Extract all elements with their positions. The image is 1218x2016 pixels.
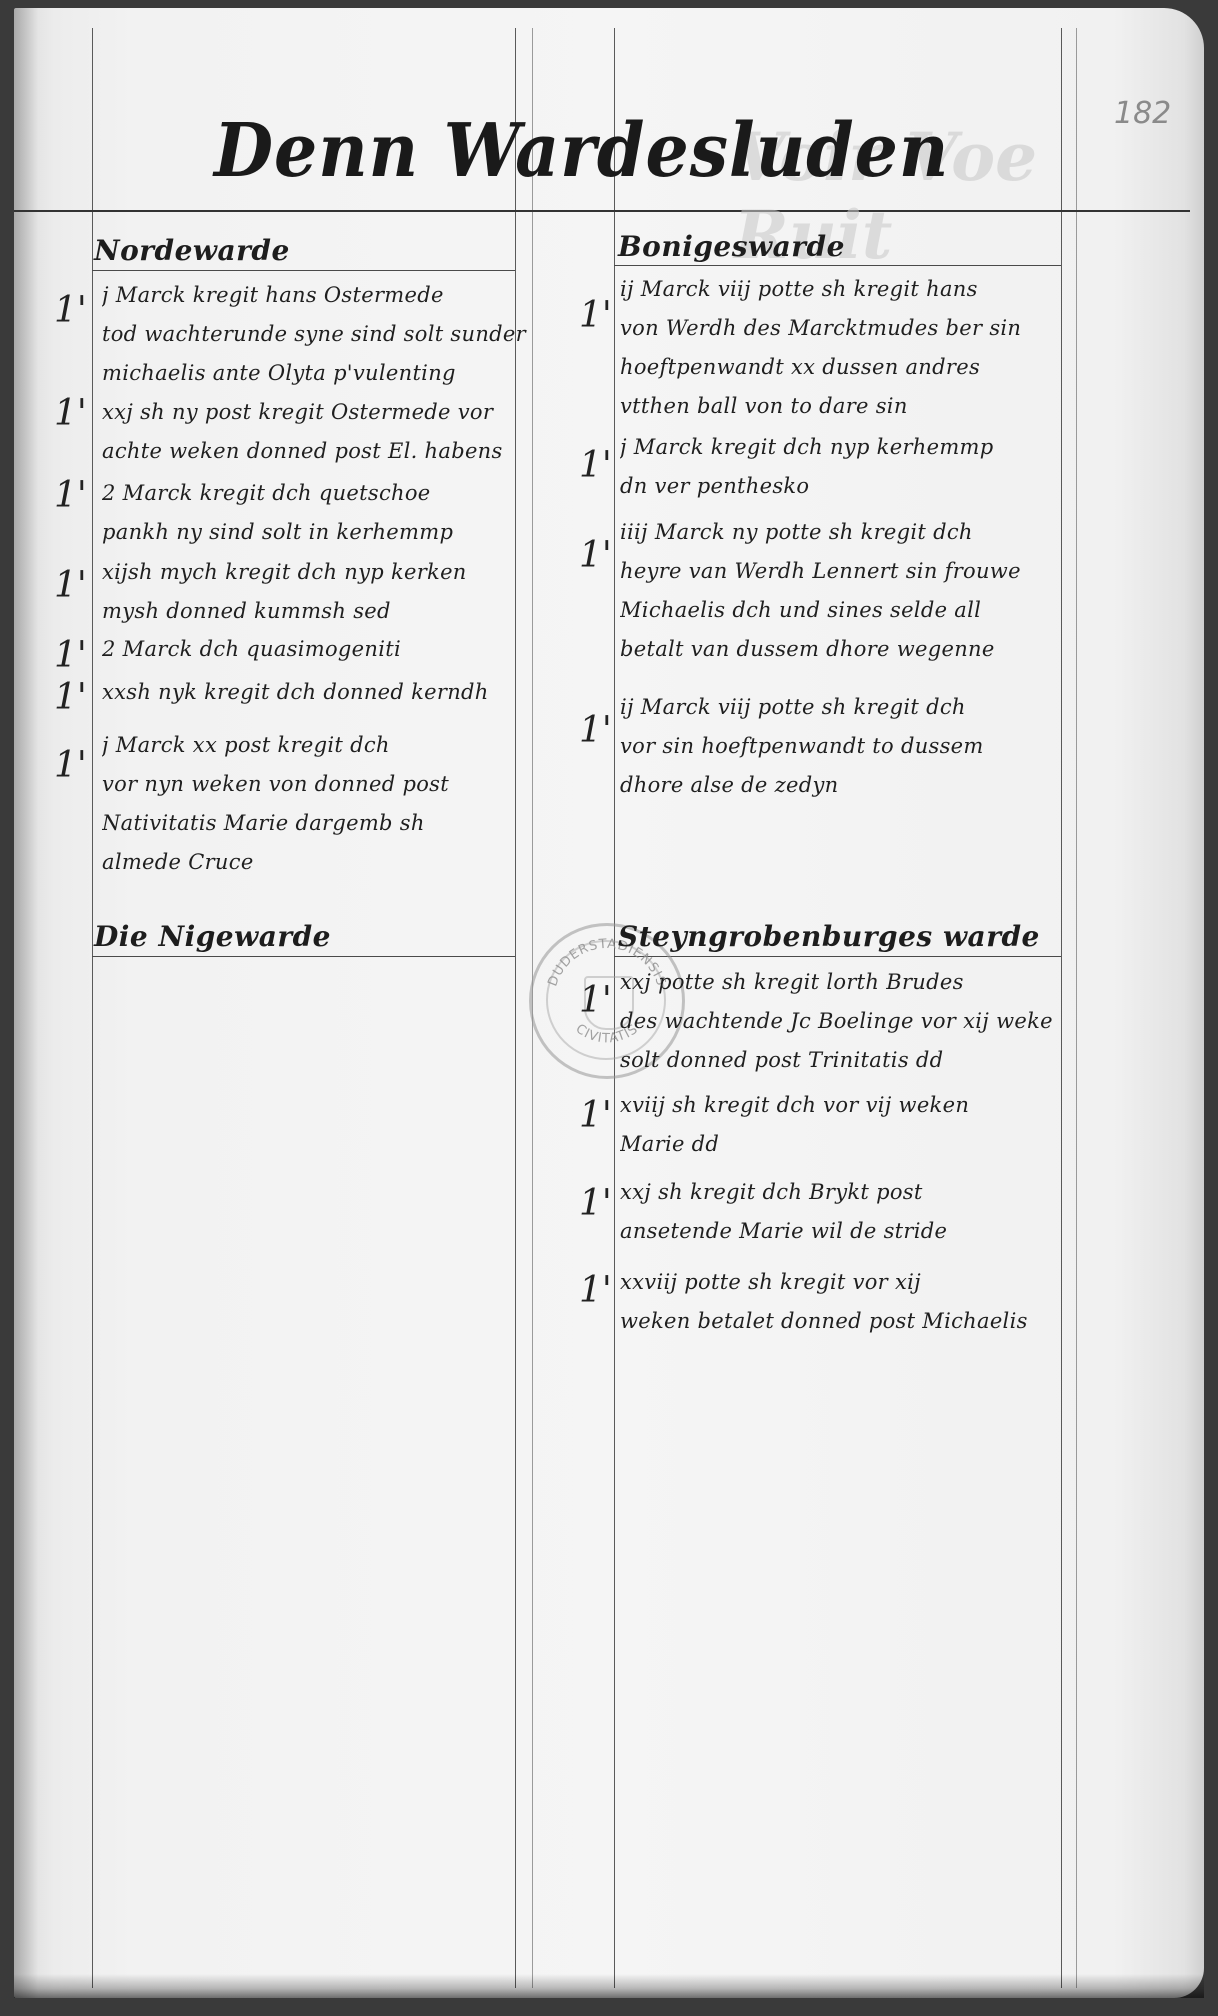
entry-margin-mark: 1' [579, 983, 612, 1019]
section-header-nigewarde: Die Nigewarde [94, 920, 331, 953]
ledger-entry: xxj sh kregit dch Brykt post ansetende M… [620, 1173, 1090, 1251]
entry-line: dhore alse de zedyn [620, 766, 1090, 805]
entry-line: xxj sh ny post kregit Ostermede vor [102, 393, 572, 432]
binding-shadow [14, 8, 38, 1998]
manuscript-page: Voir Voe Ruit Denn Wardesluden 182 Norde… [14, 8, 1204, 1998]
entry-line: Marie dd [620, 1125, 1090, 1164]
ledger-entry: j Marck kregit dch nyp kerhemmp dn ver p… [620, 428, 1090, 506]
entry-margin-mark: 1' [579, 1273, 612, 1309]
section-header-lower-right-warde: Steyngrobenburges warde [618, 920, 1040, 953]
entry-margin-mark: 1' [579, 1098, 612, 1134]
page-number: 182 [1114, 96, 1171, 131]
page-title: Denn Wardesluden [214, 108, 949, 194]
entry-margin-mark: 1' [54, 568, 87, 604]
entry-margin-mark: 1' [54, 638, 87, 674]
entry-line: weken betalet donned post Michaelis [620, 1302, 1090, 1341]
entry-line: Michaelis dch und sines selde all [620, 591, 1090, 630]
entry-line: mysh donned kummsh sed [102, 592, 572, 631]
entry-line: vor nyn weken von donned post [102, 765, 572, 804]
ledger-entry: j Marck xx post kregit dch vor nyn weken… [102, 726, 572, 882]
entry-line: tod wachterunde syne sind solt sunder [102, 315, 572, 354]
entry-line: xviij sh kregit dch vor vij weken [620, 1086, 1090, 1125]
left-lower-header-rule [92, 956, 515, 957]
entry-line: xijsh mych kregit dch nyp kerken [102, 553, 572, 592]
entry-line: des wachtende Jc Boelinge vor xij weke [620, 1002, 1090, 1041]
entry-margin-mark: 1' [579, 538, 612, 574]
ledger-entry: ij Marck viij potte sh kregit dch vor si… [620, 688, 1090, 805]
entry-line: hoeftpenwandt xx dussen andres [620, 348, 1090, 387]
entry-line: vtthen ball von to dare sin [620, 387, 1090, 426]
entry-line: 2 Marck dch quasimogeniti [102, 630, 572, 669]
entry-line: von Werdh des Marcktmudes ber sin [620, 309, 1090, 348]
entry-line: ij Marck viij potte sh kregit hans [620, 270, 1090, 309]
entry-line: vor sin hoeftpenwandt to dussem [620, 727, 1090, 766]
left-header-rule [92, 270, 515, 271]
ledger-entry: xxj sh ny post kregit Ostermede vor acht… [102, 393, 572, 471]
entry-line: 2 Marck kregit dch quetschoe [102, 474, 572, 513]
entry-line: xxsh nyk kregit dch donned kerndh [102, 673, 572, 712]
entry-line: iiij Marck ny potte sh kregit dch [620, 513, 1090, 552]
entry-line: Nativitatis Marie dargemb sh [102, 804, 572, 843]
ledger-entry: xxsh nyk kregit dch donned kerndh [102, 673, 572, 712]
entry-line: ij Marck viij potte sh kregit dch [620, 688, 1090, 727]
ledger-entry: xijsh mych kregit dch nyp kerken mysh do… [102, 553, 572, 631]
section-header-bonigeswarde: Bonigeswarde [618, 230, 845, 263]
entry-margin-mark: 1' [54, 293, 87, 329]
entry-line: almede Cruce [102, 843, 572, 882]
entry-line: ansetende Marie wil de stride [620, 1212, 1090, 1251]
ledger-entry: xxviij potte sh kregit vor xij weken bet… [620, 1263, 1090, 1341]
page-bottom-edge [14, 1974, 1204, 1998]
entry-line: heyre van Werdh Lennert sin frouwe [620, 552, 1090, 591]
ledger-entry: 2 Marck dch quasimogeniti [102, 630, 572, 669]
entry-line: dn ver penthesko [620, 467, 1090, 506]
ledger-entry: xviij sh kregit dch vor vij weken Marie … [620, 1086, 1090, 1164]
entry-line: xxviij potte sh kregit vor xij [620, 1263, 1090, 1302]
ledger-entry: j Marck kregit hans Ostermede tod wachte… [102, 276, 572, 393]
entry-line: solt donned post Trinitatis dd [620, 1041, 1090, 1080]
entry-margin-mark: 1' [54, 478, 87, 514]
entry-line: j Marck kregit hans Ostermede [102, 276, 572, 315]
entry-line: michaelis ante Olyta p'vulenting [102, 354, 572, 393]
ledger-entry: ij Marck viij potte sh kregit hans von W… [620, 270, 1090, 426]
entry-line: j Marck xx post kregit dch [102, 726, 572, 765]
entry-line: xxj potte sh kregit lorth Brudes [620, 963, 1090, 1002]
entry-line: pankh ny sind solt in kerhemmp [102, 513, 572, 552]
ledger-entry: xxj potte sh kregit lorth Brudes des wac… [620, 963, 1090, 1080]
entry-margin-mark: 1' [579, 1186, 612, 1222]
entry-line: j Marck kregit dch nyp kerhemmp [620, 428, 1090, 467]
ledger-entry: iiij Marck ny potte sh kregit dch heyre … [620, 513, 1090, 669]
entry-margin-mark: 1' [54, 748, 87, 784]
entry-margin-mark: 1' [579, 448, 612, 484]
ruling-line-left-margin [92, 28, 93, 1988]
entry-line: achte weken donned post El. habens [102, 432, 572, 471]
entry-margin-mark: 1' [579, 298, 612, 334]
entry-margin-mark: 1' [579, 713, 612, 749]
entry-margin-mark: 1' [54, 396, 87, 432]
section-header-nordewarde: Nordewarde [94, 234, 290, 267]
entry-line: betalt van dussem dhore wegenne [620, 630, 1090, 669]
entry-line: xxj sh kregit dch Brykt post [620, 1173, 1090, 1212]
ledger-entry: 2 Marck kregit dch quetschoe pankh ny si… [102, 474, 572, 552]
entry-margin-mark: 1' [54, 680, 87, 716]
